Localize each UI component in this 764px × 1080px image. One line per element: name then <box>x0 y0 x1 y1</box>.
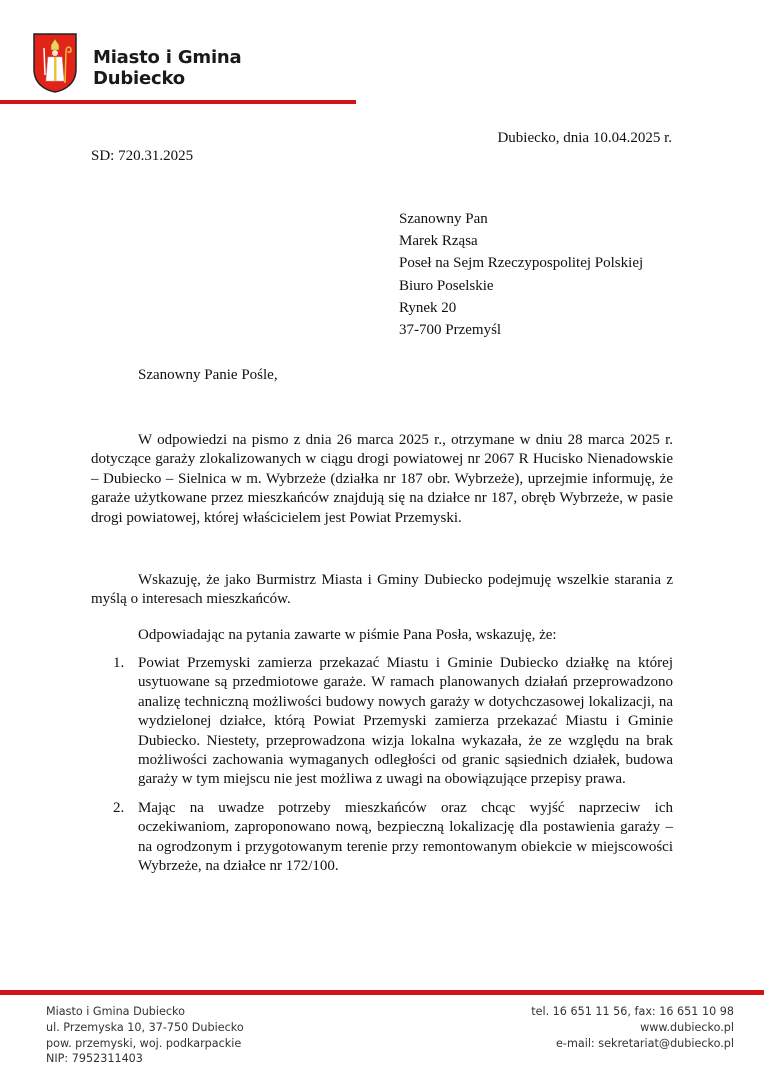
addressee-office: Biuro Poselskie <box>399 275 643 297</box>
body-paragraph: W odpowiedzi na pismo z dnia 26 marca 20… <box>91 431 673 528</box>
list-text: Mając na uwadze potrzeby mieszkańców ora… <box>138 800 673 874</box>
addressee-block: Szanowny Pan Marek Rząsa Poseł na Sejm R… <box>399 208 643 341</box>
greeting: Szanowny Panie Pośle, <box>138 367 278 384</box>
footer-org-name: Miasto i Gmina Dubiecko <box>46 1004 244 1020</box>
header-divider <box>0 100 356 104</box>
addressee-title: Poseł na Sejm Rzeczypospolitej Polskiej <box>399 252 643 274</box>
footer-region: pow. przemyski, woj. podkarpackie <box>46 1036 244 1052</box>
body-paragraph: Odpowiadając na pytania zawarte w piśmie… <box>91 626 673 645</box>
footer-website-link[interactable]: www.dubiecko.pl <box>531 1020 734 1036</box>
paragraph-text: W odpowiedzi na pismo z dnia 26 marca 20… <box>91 432 673 526</box>
reference-number: SD: 720.31.2025 <box>91 148 193 165</box>
list-item: 2. Mając na uwadze potrzeby mieszkańców … <box>91 799 673 877</box>
addressee-city: 37-700 Przemyśl <box>399 319 643 341</box>
footer-divider <box>0 990 764 995</box>
brand-line-2: Dubiecko <box>93 68 241 89</box>
list-number: 1. <box>113 654 124 673</box>
footer-contact: tel. 16 651 11 56, fax: 16 651 10 98 www… <box>531 1004 734 1051</box>
footer-nip: NIP: 7952311403 <box>46 1051 244 1067</box>
addressee-street: Rynek 20 <box>399 297 643 319</box>
brand-line-1: Miasto i Gmina <box>93 47 241 68</box>
footer-street: ul. Przemyska 10, 37-750 Dubiecko <box>46 1020 244 1036</box>
letter-date: Dubiecko, dnia 10.04.2025 r. <box>497 130 672 147</box>
footer-email-link[interactable]: e-mail: sekretariat@dubiecko.pl <box>531 1036 734 1052</box>
body-paragraph: Wskazuję, że jako Burmistrz Miasta i Gmi… <box>91 571 673 610</box>
paragraph-text: Wskazuję, że jako Burmistrz Miasta i Gmi… <box>91 572 673 607</box>
paragraph-text: Odpowiadając na pytania zawarte w piśmie… <box>138 627 557 643</box>
footer-phone: tel. 16 651 11 56, fax: 16 651 10 98 <box>531 1004 734 1020</box>
footer-address: Miasto i Gmina Dubiecko ul. Przemyska 10… <box>46 1004 244 1067</box>
list-item: 1. Powiat Przemyski zamierza przekazać M… <box>91 654 673 790</box>
list-number: 2. <box>113 799 124 818</box>
coat-of-arms-icon <box>33 33 77 93</box>
addressee-name: Marek Rząsa <box>399 230 643 252</box>
addressee-salutation: Szanowny Pan <box>399 208 643 230</box>
list-text: Powiat Przemyski zamierza przekazać Mias… <box>138 655 673 787</box>
municipality-name: Miasto i Gmina Dubiecko <box>93 47 241 89</box>
